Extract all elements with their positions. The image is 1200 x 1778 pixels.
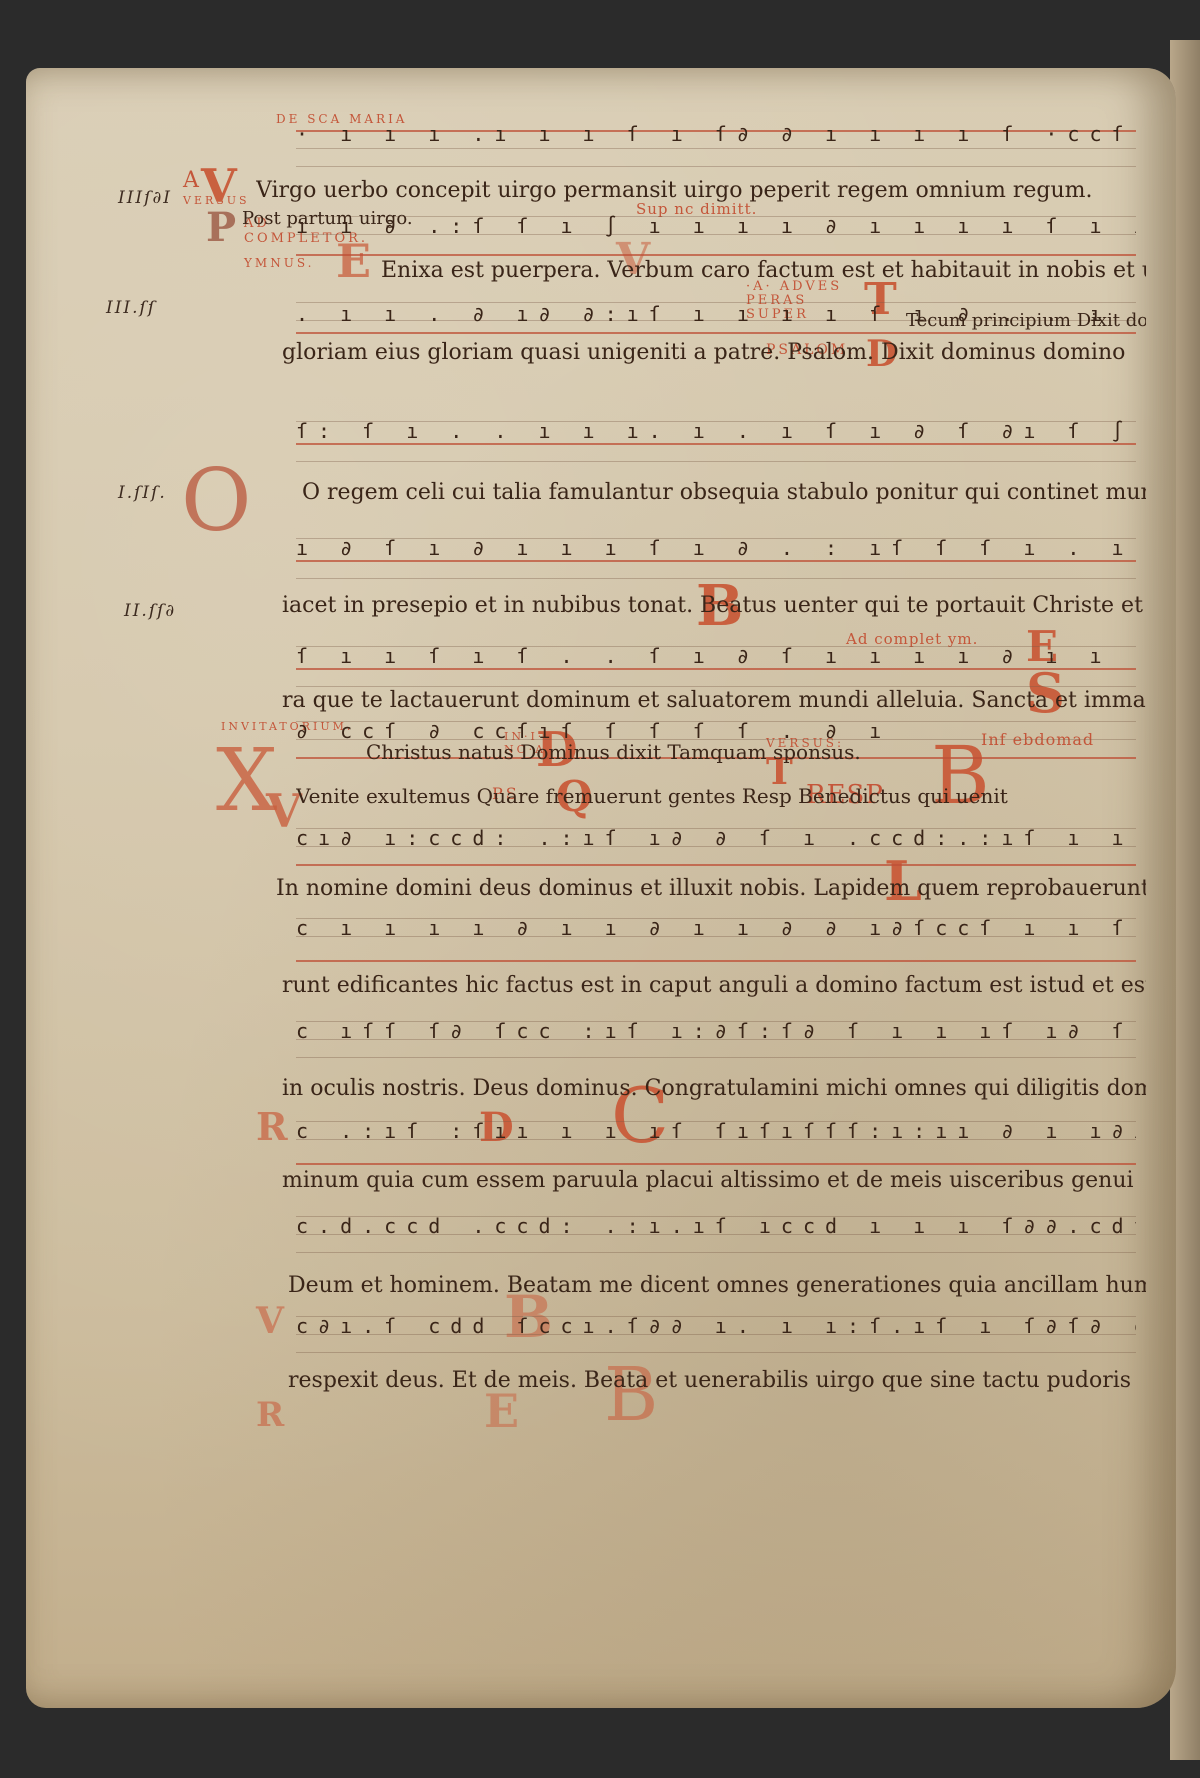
chant-text-line: In nomine domini deus dominus et illuxit…: [276, 876, 1146, 901]
neume-staff: cı∂ ı:ccd: .:ıſ ı∂ ∂ ſ ı .ccd:.:ıſ ı ı ∂…: [296, 820, 1136, 876]
chant-text-line: minum quia cum essem paruula placui alti…: [282, 1168, 1146, 1193]
chant-text-line: Post partum uirgo.: [242, 208, 1146, 229]
chant-text-line: ra que te lactauerunt dominum et saluato…: [282, 688, 1146, 713]
initial-letter: O: [181, 458, 252, 544]
neume-staff: c ıſſ ſ∂ ſcc :ıſ ı:∂ſ:ſ∂ ſ ı ı ıſ ı∂ ſ c…: [296, 1013, 1136, 1069]
initial-letter: V: [201, 163, 237, 209]
chant-text-line: O regem celi cui talia famulantur obsequ…: [302, 480, 1146, 505]
neume-staff: ſ: ſ ı . . ı ı ı. ı . ı ſ ı ∂ ſ ∂ı ſ ∫ ſ…: [296, 413, 1136, 469]
margin-note: I.ſIſ.: [118, 483, 167, 503]
chant-text-line: Christus natus Dominus dixit Tamquam spo…: [366, 740, 1146, 764]
chant-text-line: Deum et hominem. Beatam me dicent omnes …: [288, 1273, 1146, 1298]
manuscript-page: IIIſ∂I III.ſſ I.ſIſ. II.ſſ∂ DE SCA MARIA…: [26, 68, 1176, 1708]
initial-letter: R: [256, 1108, 288, 1146]
chant-text-line: runt edificantes hic factus est in caput…: [282, 973, 1146, 998]
chant-text-line: Tecum principium Dixit dominus domino: [906, 310, 1146, 331]
chant-text-line: iacet in presepio et in nubibus tonat. B…: [282, 593, 1146, 618]
neume-staff: c .:ıſ :ſıı ı ı ıſ ſıſıſſſ:ı:ıı ∂ ı ı∂ıſ…: [296, 1113, 1136, 1169]
neume-staff: c ı ı ı ı ∂ ı ı ∂ ı ı ∂ ∂ ı∂ſccſ ı ı ſ ∂…: [296, 910, 1136, 966]
neume-staff: c∂ı.ſ cdd ſccı.ſ∂∂ ı. ı ı:ſ.ıſ ı ſ∂ſ∂ cc…: [296, 1308, 1136, 1364]
neume-staff: c.d.ccd .ccd: .:ı.ıſ ıccd ı ı ı ſ∂∂.cdſ …: [296, 1208, 1136, 1264]
rubric-antiphon: A: [183, 168, 202, 193]
initial-letter: E: [484, 1388, 519, 1434]
neume-staff: · ı ı ı .ı ı ı ſ ı ſ∂ ∂ ı ı ı ı ſ ·ccſ· …: [296, 116, 1136, 172]
initial-letter: P: [206, 208, 236, 248]
margin-note: II.ſſ∂: [124, 601, 176, 621]
margin-note: IIIſ∂I: [118, 188, 172, 208]
chant-text-line: Enixa est puerpera. Verbum caro factum e…: [381, 258, 1146, 283]
chant-text-line: Venite exultemus Quare fremuerunt gentes…: [296, 784, 1146, 808]
chant-text-line: Virgo uerbo concepit uirgo permansit uir…: [256, 178, 1146, 203]
chant-text-line: gloriam eius gloriam quasi unigeniti a p…: [282, 340, 1146, 365]
neume-staff: ı ∂ ſ ı ∂ ı ı ı ſ ı ∂ . : ıſ ſ ſ ı . ı ı…: [296, 530, 1136, 586]
chant-text-line: in oculis nostris. Deus dominus. Congrat…: [282, 1076, 1146, 1101]
margin-note: III.ſſ: [106, 298, 156, 318]
initial-letter: R: [256, 1398, 284, 1432]
neume-staff: ſ ı ı ſ ı ſ . . ſ ı ∂ ſ ı ı ı ı ∂ ı ı: [296, 638, 1136, 694]
chant-text-line: respexit deus. Et de meis. Beata et uene…: [288, 1368, 1146, 1393]
initial-letter: V: [256, 1303, 284, 1339]
